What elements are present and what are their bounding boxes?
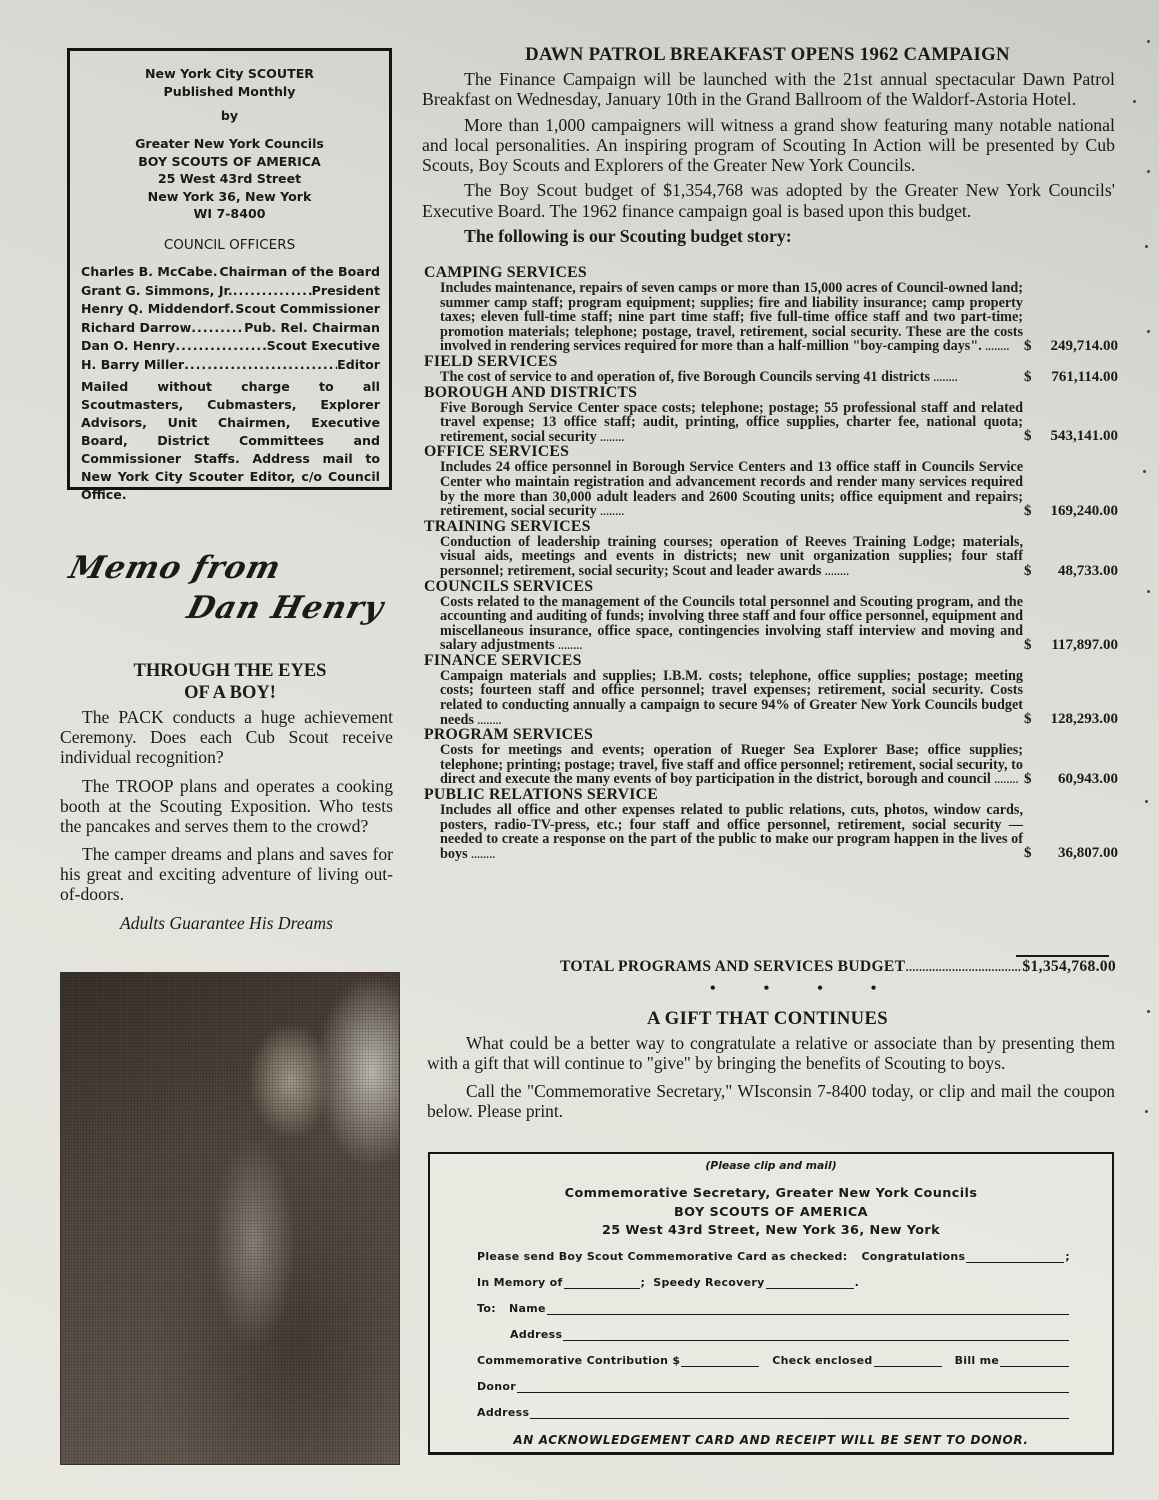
budget-item-text: Costs for meetings and events; operation…	[440, 742, 1023, 787]
article-paragraph: The Finance Campaign will be launched wi…	[422, 69, 1115, 110]
donor-row: Donor	[477, 1380, 1070, 1393]
budget-item-amount: $128,293.00	[1024, 712, 1118, 727]
leader-dots: ........	[597, 503, 624, 519]
organization-name: BOY SCOUTS OF AMERICA	[70, 153, 389, 171]
officer-name: Grant G. Simmons, Jr.	[81, 282, 233, 301]
street: 25 West 43rd Street	[70, 170, 389, 188]
budget-item-heading: PROGRAM SERVICES	[424, 727, 1118, 743]
boy-scout-photo	[60, 972, 400, 1465]
officer-row: H. Barry MillerEditor	[81, 356, 380, 375]
leader-dots	[213, 263, 220, 282]
budget-item: BOROUGH AND DISTRICTSFive Borough Servic…	[424, 385, 1118, 445]
check-enclosed-label: Check enclosed	[772, 1354, 872, 1367]
budget-item: FIELD SERVICESThe cost of service to and…	[424, 354, 1118, 385]
card-type-row-2: In Memory of ; Speedy Recovery .	[477, 1276, 859, 1289]
memo-paragraph: The TROOP plans and operates a cooking b…	[60, 776, 393, 836]
send-card-label: Please send Boy Scout Commemorative Card…	[477, 1250, 847, 1263]
budget-item-heading: PUBLIC RELATIONS SERVICE	[424, 787, 1118, 803]
to-address-field[interactable]	[563, 1329, 1069, 1341]
to-label: To:	[477, 1302, 509, 1315]
budget-item-text: Includes maintenance, repairs of seven c…	[440, 280, 1023, 354]
budget-item-amount: $60,943.00	[1024, 772, 1118, 787]
leader-dots: ........	[474, 712, 501, 728]
budget-item-description: The cost of service to and operation of,…	[440, 370, 1023, 385]
budget-item-description: Costs for meetings and events; operation…	[440, 743, 1023, 787]
article-paragraph: The Boy Scout budget of $1,354,768 was a…	[422, 180, 1115, 221]
leader-dots: ........	[821, 563, 848, 579]
budget-item-amount: $761,114.00	[1024, 370, 1118, 385]
city: New York 36, New York	[70, 188, 389, 206]
congratulations-label: Congratulations	[861, 1250, 965, 1263]
budget-list: CAMPING SERVICESIncludes maintenance, re…	[424, 265, 1118, 861]
contribution-label: Commemorative Contribution $	[477, 1354, 680, 1367]
mailing-note: Mailed without charge to all Scoutmaster…	[81, 378, 380, 504]
officer-row: Dan O. HenryScout Executive	[81, 337, 380, 356]
amount-value: 60,943.00	[1058, 772, 1118, 787]
budget-item-amount: $48,733.00	[1024, 564, 1118, 579]
officer-row: Henry Q. MiddendorfScout Commissioner	[81, 300, 380, 319]
phone: WI 7-8400	[70, 205, 389, 223]
in-memory-field[interactable]	[564, 1277, 640, 1289]
amount-value: 761,114.00	[1051, 370, 1118, 385]
budget-item: TRAINING SERVICESConduction of leadershi…	[424, 519, 1118, 579]
budget-item-amount: $169,240.00	[1024, 504, 1118, 519]
contribution-field[interactable]	[681, 1355, 759, 1367]
budget-item-heading: TRAINING SERVICES	[424, 519, 1118, 535]
speedy-recovery-label: Speedy Recovery	[653, 1276, 764, 1289]
memo-title-line1: THROUGH THE EYES	[60, 660, 400, 682]
memo-heading: Memo from Dan Henry	[70, 548, 390, 643]
budget-item: PUBLIC RELATIONS SERVICEIncludes all off…	[424, 787, 1118, 861]
mail-coupon: (Please clip and mail) Commemorative Sec…	[428, 1152, 1114, 1455]
speedy-recovery-field[interactable]	[766, 1277, 854, 1289]
officer-name: Dan O. Henry	[81, 337, 175, 356]
currency-symbol: $	[1024, 339, 1034, 354]
budget-total: TOTAL PROGRAMS AND SERVICES BUDGET $1,35…	[560, 958, 1116, 976]
article-body: The Finance Campaign will be launched wi…	[422, 69, 1115, 251]
budget-item-description: Five Borough Service Center space costs;…	[440, 401, 1023, 445]
officer-title: President	[312, 282, 380, 301]
memo-paragraph: The camper dreams and plans and saves fo…	[60, 844, 393, 904]
to-name-label: Name	[509, 1302, 546, 1315]
coupon-address-line2: BOY SCOUTS OF AMERICA	[430, 1204, 1112, 1223]
coupon-address-line3: 25 West 43rd Street, New York 36, New Yo…	[430, 1222, 1112, 1241]
officer-title: Chairman of the Board	[219, 263, 380, 282]
officer-row: Charles B. McCabeChairman of the Board	[81, 263, 380, 282]
budget-item-description: Conduction of leadership training course…	[440, 535, 1023, 579]
amount-value: 36,807.00	[1058, 846, 1118, 861]
currency-symbol: $	[1024, 429, 1034, 444]
leader-dots: ........	[982, 338, 1009, 354]
amount-value: 169,240.00	[1051, 504, 1119, 519]
memo-title-line2: OF A BOY!	[60, 682, 400, 704]
publication-name: New York City SCOUTER	[70, 65, 389, 83]
contribution-row: Commemorative Contribution $ Check enclo…	[477, 1354, 1070, 1367]
budget-item-description: Campaign materials and supplies; I.B.M. …	[440, 669, 1023, 727]
officer-title: Scout Commissioner	[235, 300, 380, 319]
budget-item: CAMPING SERVICESIncludes maintenance, re…	[424, 265, 1118, 354]
card-type-row: Please send Boy Scout Commemorative Card…	[477, 1250, 1070, 1263]
coupon-footer: AN ACKNOWLEDGEMENT CARD AND RECEIPT WILL…	[430, 1433, 1112, 1447]
total-rule	[1016, 955, 1109, 957]
coupon-address-line1: Commemorative Secretary, Greater New Yor…	[430, 1185, 1112, 1204]
budget-total-amount: $1,354,768.00	[1022, 958, 1116, 976]
budget-item-amount: $117,897.00	[1024, 638, 1118, 653]
leader-dots: ........	[597, 429, 624, 445]
congratulations-field[interactable]	[966, 1251, 1064, 1263]
leader-dots: ........	[930, 369, 957, 385]
budget-item-text: Costs related to the management of the C…	[440, 594, 1023, 654]
budget-item: OFFICE SERVICESIncludes 24 office person…	[424, 444, 1118, 518]
publication-info: New York City SCOUTER Published Monthly	[70, 65, 389, 100]
donor-address-field[interactable]	[530, 1407, 1069, 1419]
budget-item-text: Includes all office and other expenses r…	[440, 802, 1023, 862]
officer-name: Charles B. McCabe	[81, 263, 213, 282]
amount-value: 117,897.00	[1051, 638, 1118, 653]
publication-frequency: Published Monthly	[70, 83, 389, 101]
leader-dots: ........	[555, 637, 582, 653]
budget-item-text: The cost of service to and operation of,…	[440, 369, 930, 385]
organization: Greater New York Councils	[70, 135, 389, 153]
currency-symbol: $	[1024, 504, 1034, 519]
budget-item-amount: $249,714.00	[1024, 339, 1118, 354]
amount-value: 48,733.00	[1058, 564, 1118, 579]
currency-symbol: $	[1024, 772, 1034, 787]
memo-paragraph: The PACK conducts a huge achievement Cer…	[60, 707, 393, 767]
officer-name: H. Barry Miller	[81, 356, 184, 375]
budget-item-heading: COUNCILS SERVICES	[424, 579, 1118, 595]
budget-total-label: TOTAL PROGRAMS AND SERVICES BUDGET	[560, 958, 905, 976]
amount-value: 543,141.00	[1051, 429, 1119, 444]
page-edge-specks	[1147, 30, 1153, 1430]
memo-heading-line2: Dan Henry	[65, 588, 395, 628]
memo-signoff: Adults Guarantee His Dreams	[60, 913, 393, 933]
gift-title: A GIFT THAT CONTINUES	[420, 1008, 1115, 1030]
separator-bullets: • • • •	[710, 980, 898, 998]
donor-field[interactable]	[517, 1381, 1069, 1393]
officers-list: Charles B. McCabeChairman of the BoardGr…	[81, 263, 380, 374]
currency-symbol: $	[1024, 638, 1034, 653]
publisher-by: by	[70, 107, 389, 125]
leader-dots	[175, 337, 266, 356]
masthead-box: New York City SCOUTER Published Monthly …	[67, 48, 392, 490]
amount-value: 128,293.00	[1051, 712, 1119, 727]
bill-me-field[interactable]	[1000, 1355, 1069, 1367]
leader-dots	[191, 319, 244, 338]
budget-item-text: Includes 24 office personnel in Borough …	[440, 459, 1023, 519]
bill-me-label: Bill me	[955, 1354, 1000, 1367]
budget-item-amount: $543,141.00	[1024, 429, 1118, 444]
gift-paragraph: What could be a better way to congratula…	[427, 1033, 1115, 1073]
to-name-row: To: Name	[477, 1302, 1070, 1315]
gift-body: What could be a better way to congratula…	[427, 1033, 1115, 1129]
officers-title: COUNCIL OFFICERS	[70, 237, 389, 255]
donor-address-label: Address	[477, 1406, 529, 1419]
currency-symbol: $	[1024, 564, 1034, 579]
leader-dots	[184, 356, 337, 375]
donor-label: Donor	[477, 1380, 516, 1393]
memo-body: The PACK conducts a huge achievement Cer…	[60, 707, 393, 941]
memo-title: THROUGH THE EYES OF A BOY!	[60, 660, 400, 704]
budget-item-description: Includes maintenance, repairs of seven c…	[440, 281, 1023, 354]
budget-item-text: Five Borough Service Center space costs;…	[440, 400, 1023, 445]
budget-item-heading: FINANCE SERVICES	[424, 653, 1118, 669]
officer-row: Grant G. Simmons, Jr.President	[81, 282, 380, 301]
to-address-row: Address	[510, 1328, 1070, 1341]
article-paragraph: More than 1,000 campaigners will witness…	[422, 115, 1115, 176]
officer-title: Editor	[337, 356, 380, 375]
officer-title: Pub. Rel. Chairman	[244, 319, 380, 338]
budget-item-heading: FIELD SERVICES	[424, 354, 1118, 370]
budget-item-description: Costs related to the management of the C…	[440, 595, 1023, 653]
budget-item-text: Conduction of leadership training course…	[440, 534, 1023, 579]
budget-item: PROGRAM SERVICESCosts for meetings and e…	[424, 727, 1118, 787]
amount-value: 249,714.00	[1051, 339, 1119, 354]
budget-item: COUNCILS SERVICESCosts related to the ma…	[424, 579, 1118, 653]
budget-item-heading: CAMPING SERVICES	[424, 265, 1118, 281]
currency-symbol: $	[1024, 712, 1034, 727]
donor-address-row: Address	[477, 1406, 1070, 1419]
gift-paragraph: Call the "Commemorative Secretary," WIsc…	[427, 1081, 1115, 1121]
article-title: DAWN PATROL BREAKFAST OPENS 1962 CAMPAIG…	[420, 44, 1115, 66]
coupon-address: Commemorative Secretary, Greater New Yor…	[430, 1185, 1112, 1241]
budget-item-heading: OFFICE SERVICES	[424, 444, 1118, 460]
currency-symbol: $	[1024, 846, 1034, 861]
budget-item-description: Includes all office and other expenses r…	[440, 803, 1023, 861]
budget-item-description: Includes 24 office personnel in Borough …	[440, 460, 1023, 518]
budget-intro: The following is our Scouting budget sto…	[422, 226, 1115, 246]
officer-name: Richard Darrow	[81, 319, 191, 338]
currency-symbol: $	[1024, 370, 1034, 385]
memo-heading-line1: Memo from	[65, 548, 395, 588]
officer-name: Henry Q. Middendorf	[81, 300, 229, 319]
check-enclosed-field[interactable]	[874, 1355, 942, 1367]
in-memory-label: In Memory of	[477, 1276, 563, 1289]
budget-item-heading: BOROUGH AND DISTRICTS	[424, 385, 1118, 401]
to-name-field[interactable]	[547, 1303, 1069, 1315]
leader-dots: ........	[468, 846, 495, 862]
coupon-note: (Please clip and mail)	[430, 1159, 1112, 1172]
budget-item: FINANCE SERVICESCampaign materials and s…	[424, 653, 1118, 727]
budget-item-amount: $36,807.00	[1024, 846, 1118, 861]
publisher-address: Greater New York Councils BOY SCOUTS OF …	[70, 135, 389, 223]
leader-dots	[905, 958, 1022, 976]
officer-title: Scout Executive	[267, 337, 380, 356]
leader-dots	[233, 282, 312, 301]
budget-item-text: Campaign materials and supplies; I.B.M. …	[440, 668, 1023, 728]
leader-dots: ........	[991, 771, 1018, 787]
officer-row: Richard DarrowPub. Rel. Chairman	[81, 319, 380, 338]
to-address-label: Address	[510, 1328, 562, 1341]
